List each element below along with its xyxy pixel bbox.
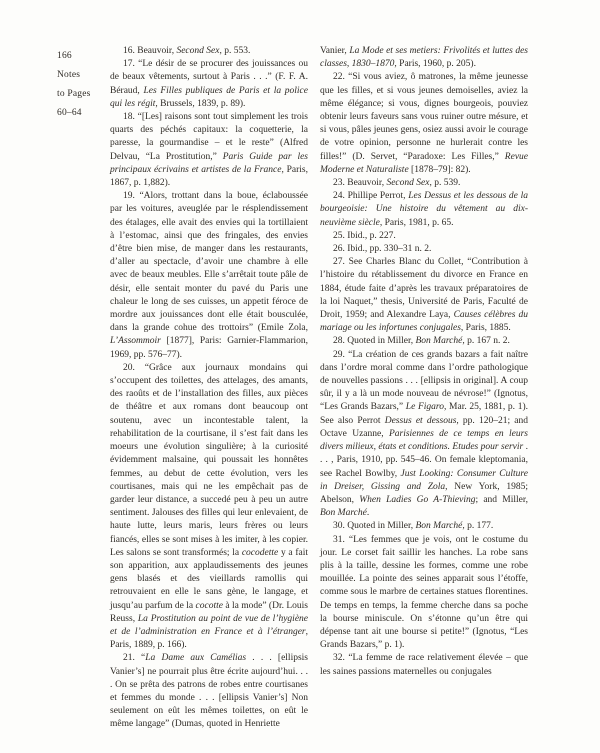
note-text-italic: Second Sex xyxy=(176,46,219,56)
note-29: 29. “La création de ces grands bazars a … xyxy=(320,349,528,521)
note-27: 27. See Charles Blanc du Collet, “Contri… xyxy=(320,256,528,335)
running-head-line-1: Notes xyxy=(57,66,91,85)
note-16: 16. Beauvoir, Second Sex, p. 553. xyxy=(110,45,308,58)
note-text: 20. “Grâce aux journaux mondains qui s’o… xyxy=(110,363,308,558)
note-text: 21. “ xyxy=(123,653,145,663)
note-17: 17. “Le désir de se procurer des jouissa… xyxy=(110,58,308,111)
note-21: 21. “La Dame aux Camélias . . . [ellipsi… xyxy=(110,652,308,731)
note-text: 31. “Les femmes que je vois, ont le cost… xyxy=(320,535,528,651)
running-head-line-2: to Pages xyxy=(57,85,91,104)
note-text-italic: Bon Marché xyxy=(415,336,462,346)
note-text-italic: Dessus et dessous xyxy=(385,416,457,426)
note-text: [1878–79]: 82). xyxy=(409,165,471,175)
note-text-italic: Bon Marché xyxy=(320,508,367,518)
note-text-italic: cocodette xyxy=(242,548,278,558)
page-number: 166 xyxy=(57,47,91,66)
note-text: 24. Phillipe Perrot, xyxy=(333,191,408,201)
note-text: . . . [ellipsis Vanier’s] ne pourrait pl… xyxy=(110,653,308,729)
note-20: 20. “Grâce aux journaux mondains qui s’o… xyxy=(110,362,308,652)
note-text-italic: Second Sex xyxy=(386,178,429,188)
note-text: , p. 167 n. 2. xyxy=(462,336,510,346)
note-text: , Paris, 1885. xyxy=(461,323,511,333)
note-text-italic: cocotte xyxy=(196,601,223,611)
note-text: 32. “La femme de race relativement élevé… xyxy=(320,653,528,676)
note-text: 26. Ibid., pp. 330–31 n. 2. xyxy=(333,244,431,254)
note-text: ; and Miller, xyxy=(475,495,528,505)
note-23: 23. Beauvoir, Second Sex, p. 539. xyxy=(320,177,528,190)
notes-column-right: Vanier, La Mode et ses metiers: Frivolit… xyxy=(320,45,528,679)
running-head-line-3: 60–64 xyxy=(57,104,91,123)
note-32: 32. “La femme de race relativement élevé… xyxy=(320,652,528,678)
note-24: 24. Phillipe Perrot, Les Dessus et les d… xyxy=(320,190,528,230)
note-text-italic: Bon Marché xyxy=(415,521,462,531)
note-text: 30. Quoted in Miller, xyxy=(333,521,415,531)
note-text: , Paris, 1981, p. 65. xyxy=(380,218,454,228)
note-text: 28. Quoted in Miller, xyxy=(333,336,415,346)
note-text-italic: La Prostitution au point de vue de l’hyg… xyxy=(110,614,308,637)
note-text: 25. Ibid., p. 227. xyxy=(333,231,396,241)
note-21-continuation: Vanier, La Mode et ses metiers: Frivolit… xyxy=(320,45,528,71)
note-text: , p. 553. xyxy=(219,46,250,56)
book-page: 166 Notes to Pages 60–64 16. Beauvoir, S… xyxy=(0,0,600,753)
note-text: . xyxy=(367,508,369,518)
note-text: Vanier, xyxy=(320,46,349,56)
note-19: 19. “Alors, trottant dans la boue, éclab… xyxy=(110,190,308,362)
note-text-italic: When Ladies Go A-Thieving xyxy=(359,495,475,505)
note-text-italic: Le Figaro xyxy=(406,402,444,412)
note-26: 26. Ibid., pp. 330–31 n. 2. xyxy=(320,243,528,256)
note-30: 30. Quoted in Miller, Bon Marché, p. 177… xyxy=(320,520,528,533)
note-text: 23. Beauvoir, xyxy=(333,178,386,188)
note-text: 16. Beauvoir, xyxy=(123,46,176,56)
note-text: , p. 177. xyxy=(462,521,493,531)
running-head: 166 Notes to Pages 60–64 xyxy=(57,47,91,123)
note-text: , Paris, 1960, p. 205). xyxy=(394,59,476,69)
note-text: 19. “Alors, trottant dans la boue, éclab… xyxy=(110,191,308,333)
note-18: 18. “[Les] raisons sont tout simplement … xyxy=(110,111,308,190)
note-text: , Brussels, 1839, p. 89). xyxy=(155,99,245,109)
notes-column-left: 16. Beauvoir, Second Sex, p. 553.17. “Le… xyxy=(110,45,308,732)
note-text: 22. “Si vous aviez, ô matrones, la même … xyxy=(320,72,528,161)
note-28: 28. Quoted in Miller, Bon Marché, p. 167… xyxy=(320,335,528,348)
note-25: 25. Ibid., p. 227. xyxy=(320,230,528,243)
note-text-italic: L’Assommoir xyxy=(110,336,161,346)
note-text: , p. 539. xyxy=(429,178,460,188)
note-22: 22. “Si vous aviez, ô matrones, la même … xyxy=(320,71,528,177)
note-text-italic: La Dame aux Camélias xyxy=(145,653,246,663)
note-31: 31. “Les femmes que je vois, ont le cost… xyxy=(320,534,528,653)
